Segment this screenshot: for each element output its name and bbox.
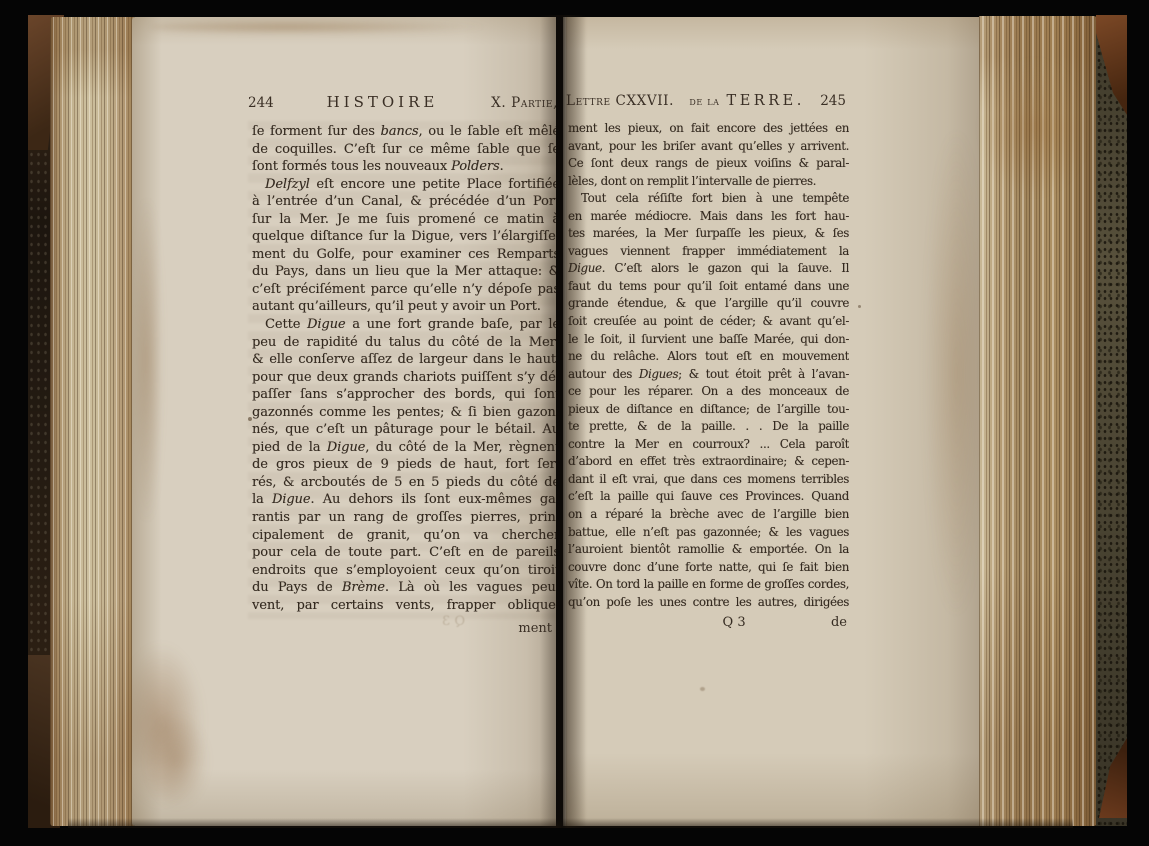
text-line: cipalement de granit, qu’on va chercher (252, 527, 556, 545)
text-line: faut du tems pour qu’il ſoit entamé dans… (568, 278, 849, 296)
text-line: & elle conſerve aſſez de largeur dans le… (252, 351, 556, 369)
right-leather-corner-top (1096, 15, 1127, 115)
left-catchword: ment (252, 621, 556, 636)
right-leather-corner-bottom (1099, 738, 1127, 818)
left-header-section: X. Partie, (491, 95, 556, 111)
text-line: autant qu’ailleurs, qu’il peut y avoir u… (252, 298, 556, 316)
text-line: paſſer ſans s’approcher des bords, qui ſ… (252, 386, 556, 404)
right-header-middle: de la TERRE. (689, 93, 804, 109)
text-line: quelque diſtance ſur la Digue, vers l’él… (252, 228, 556, 246)
text-line: rantis par un rang de groſſes pierres, p… (252, 509, 556, 527)
text-line: vent, par certains vents, frapper obliqu… (252, 597, 556, 615)
right-catchword: de (831, 615, 847, 630)
text-line: du Pays de Brème. Là où les vagues peu- (252, 579, 556, 597)
text-line: ne du relâche. Alors tout eſt en mouveme… (568, 348, 849, 366)
text-line: contre la Mer en courroux? ... Cela paro… (568, 436, 849, 454)
left-header-title: HISTOIRE (327, 93, 439, 111)
text-line: de coquilles. C’eſt ſur ce même ſable qu… (252, 141, 556, 159)
text-line: battue, elle n’eſt pas gazonnée; & les v… (568, 524, 849, 542)
text-line: de gros pieux de 9 pieds de haut, fort ſ… (252, 456, 556, 474)
text-line: c’eſt la paille qui ſauve ces Provinces.… (568, 488, 849, 506)
right-header-title: TERRE. (727, 93, 805, 109)
right-running-head: Lettre CXXVII. de la TERRE. 245 (566, 93, 846, 109)
right-signature-row: Q 3 de (568, 615, 849, 633)
text-line: nés, que c’eſt un pâturage pour le bétai… (252, 421, 556, 439)
text-line: dant il eſt vrai, que dans ces momens te… (568, 471, 849, 489)
text-line: Ce ſont deux rangs de pieux voiſins & pa… (568, 155, 849, 173)
text-line: c’eſt préciſément parce qu’elle n’y dépo… (252, 281, 556, 299)
text-line: ſoit creuſée au point de céder; & avant … (568, 313, 849, 331)
text-line: du Pays, dans un lieu que la Mer attaque… (252, 263, 556, 281)
text-line: ment les pieux, on fait encore des jetté… (568, 120, 849, 138)
text-line: peu de rapidité du talus du côté de la M… (252, 334, 556, 352)
text-line: ce pour les réparer. On a des monceaux d… (568, 383, 849, 401)
text-line: pieux de diſtance en diſtance; de l’argi… (568, 401, 849, 419)
right-page-fore-edge (979, 16, 1097, 826)
text-line: couvre donc d’une forte natte, qui ſe fa… (568, 559, 849, 577)
text-line: ment du Golfe, pour examiner ces Rempart… (252, 246, 556, 264)
text-line: grande étendue, & que l’argille qu’il co… (568, 295, 849, 313)
text-line: ſont formés tous les nouveaux Polders. (252, 158, 556, 176)
right-text-block: ment les pieux, on fait encore des jetté… (568, 120, 849, 611)
left-page-number: 244 (248, 95, 274, 111)
text-line: gazonnés comme les pentes; & ſi bien gaz… (252, 404, 556, 422)
right-page: Lettre CXXVII. de la TERRE. 245 ment les… (563, 17, 981, 826)
text-line: rés, & arcboutés de 5 en 5 pieds du côté… (252, 474, 556, 492)
left-running-head: 244 HISTOIRE X. Partie, (248, 93, 556, 111)
right-header-letter: Lettre CXXVII. (566, 93, 674, 109)
text-line: Cette Digue a une fort grande baſe, par … (252, 316, 556, 334)
left-text-block: ſe forment ſur des bancs, ou le ſable eſ… (252, 123, 556, 614)
text-line: pour cela de toute part. C’eſt en de par… (252, 544, 556, 562)
left-page: 244 HISTOIRE X. Partie, ſe forment ſur d… (132, 17, 556, 826)
text-line: endroits que s’employoient ceux qu’on ti… (252, 562, 556, 580)
text-line: autour des Digues; & tout étoit prêt à l… (568, 366, 849, 384)
text-line: vîte. On tord la paille en forme de groſ… (568, 576, 849, 594)
text-line: l’auroient bientôt ramollie & emportée. … (568, 541, 849, 559)
show-through-signature: Q 3 (442, 614, 465, 629)
text-line: la Digue. Au dehors ils ſont eux-mêmes g… (252, 491, 556, 509)
text-line: Digue. C’eſt alors le gazon qui la ſauve… (568, 260, 849, 278)
text-line: ſur la Mer. Je me ſuis promené ce matin … (252, 211, 556, 229)
text-line: on a réparé la brèche avec de l’argille … (568, 506, 849, 524)
text-line: Delfzyl eſt encore une petite Place fort… (252, 176, 556, 194)
left-page-fore-edge (50, 17, 134, 826)
text-line: en marée médiocre. Mais dans les fort ha… (568, 208, 849, 226)
text-line: pied de la Digue, du côté de la Mer, règ… (252, 439, 556, 457)
text-line: ſe forment ſur des bancs, ou le ſable eſ… (252, 123, 556, 141)
text-line: avant, pour les briſer avant qu’elles y … (568, 138, 849, 156)
text-line: tes marées, la Mer ſurpaſſe les pieux, &… (568, 225, 849, 243)
gathering-signature: Q 3 (723, 615, 746, 630)
open-book: 244 HISTOIRE X. Partie, ſe forment ſur d… (28, 15, 1127, 828)
right-header-de-la: de la (689, 94, 719, 108)
text-line: vagues viennent frapper immédiatement la (568, 243, 849, 261)
text-line: pour que deux grands chariots puiſſent s… (252, 369, 556, 387)
text-line: qu’on poſe les unes contre les autres, d… (568, 594, 849, 612)
text-line: le le ſoit, il ſurvient une baſſe Marée,… (568, 331, 849, 349)
text-line: lèles, dont on remplit l’intervalle de p… (568, 173, 849, 191)
right-page-number: 245 (820, 93, 846, 109)
text-line: d’abord en effet très extraordinaire; & … (568, 453, 849, 471)
photo-background: 244 HISTOIRE X. Partie, ſe forment ſur d… (0, 0, 1149, 846)
text-line: Tout cela réſiſte fort bien à une tempêt… (568, 190, 849, 208)
text-line: à l’entrée d’un Canal, & précédée d’un P… (252, 193, 556, 211)
right-cover (1096, 15, 1127, 826)
text-line: te prette, & de la paille. . . De la pai… (568, 418, 849, 436)
